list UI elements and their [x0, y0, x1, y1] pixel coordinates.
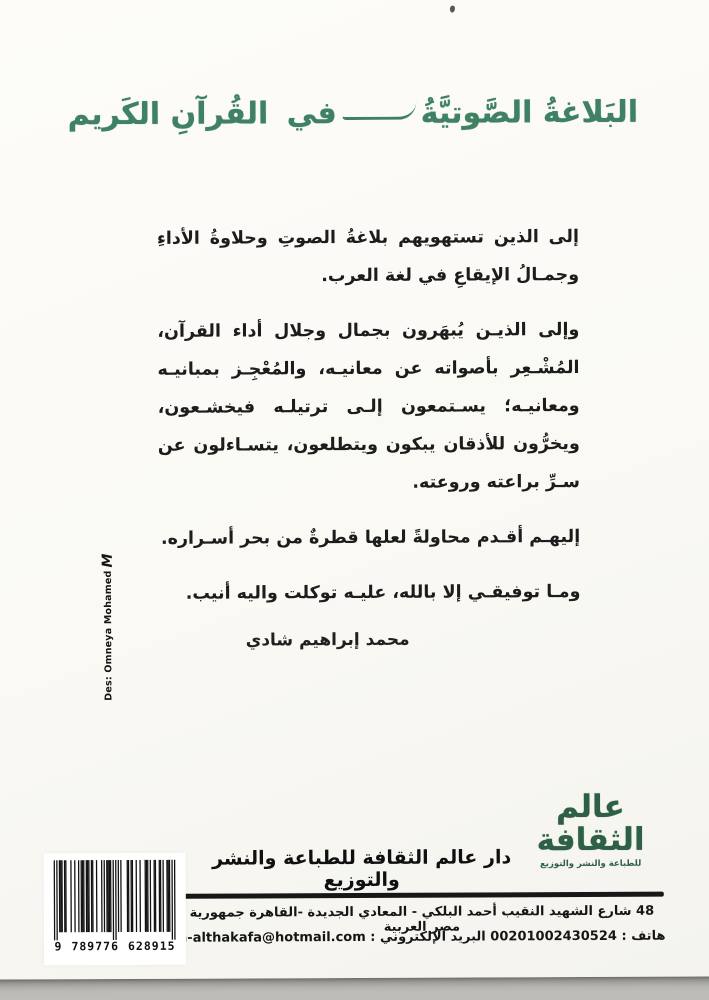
designer-credit-text: Des: Omneya Mohamed [102, 570, 114, 700]
dedication-paragraph-2: وإلى الذيـن يُبهَرون بجمال وجلال أداء ال… [157, 311, 580, 503]
publisher-logo: عالم الثقافة للطباعة والنشر والتوزيع [528, 791, 652, 870]
dedication-paragraph-3: إليهـم أقـدم محاولةً لعلها قطرةٌ من بحر … [158, 518, 580, 558]
book-title-calligraphy: البَلاغةُ الصَّوتيَّةُفي القُرآنِ الكَري… [0, 94, 707, 132]
publisher-name: دار عالم الثقافة للطباعة والنشر والتوزيع [187, 846, 537, 892]
title-swash-line [343, 102, 417, 120]
book-back-cover: البَلاغةُ الصَّوتيَّةُفي القُرآنِ الكَري… [0, 0, 709, 980]
phone-label: هاتف : [621, 929, 665, 944]
email-address: a-althakafa@hotmail.com [178, 930, 365, 946]
isbn-barcode: 9 789776 628915 [44, 853, 186, 966]
barcode-digits: 9 789776 628915 [54, 939, 175, 954]
publisher-logo-subtitle: للطباعة والنشر والتوزيع [529, 859, 653, 870]
publisher-logo-main: عالم الثقافة [528, 791, 652, 857]
title-left-part: القُرآنِ الكَريم [68, 96, 269, 132]
photo-backdrop: البَلاغةُ الصَّوتيَّةُفي القُرآنِ الكَري… [0, 0, 709, 1000]
title-right-part: البَلاغةُ الصَّوتيَّةُ [421, 95, 638, 131]
cover-content: البَلاغةُ الصَّوتيَّةُفي القُرآنِ الكَري… [0, 0, 709, 980]
email-label: البريد الإلكتروني : [370, 929, 486, 945]
barcode-digit-group-1: 789776 [71, 939, 119, 953]
dedication-text: إلى الذين تستهويهم بلاغةُ الصوتِ وحلاوةُ… [157, 218, 581, 630]
barcode-digit-group-2: 628915 [128, 939, 176, 953]
author-name: محمد إبراهيم شادي [213, 630, 443, 651]
publisher-contact-line: هاتف : 00201002430524 البريد الإلكتروني … [178, 929, 666, 946]
title-fi-word: في [287, 96, 337, 131]
paper-speck [450, 6, 455, 13]
barcode-digit-leading: 9 [54, 939, 62, 953]
phone-number: 00201002430524 [490, 929, 617, 945]
designer-monogram-mark: M [101, 553, 115, 567]
barcode-bars [48, 858, 182, 951]
dedication-paragraph-1: إلى الذين تستهويهم بلاغةُ الصوتِ وحلاوةُ… [157, 218, 579, 296]
designer-credit: Des: Omneya Mohamed M [100, 555, 117, 700]
dedication-paragraph-4: ومـا توفيقـي إلا بالله، عليـه توكلت والي… [158, 573, 580, 613]
separator-rule [182, 892, 664, 899]
